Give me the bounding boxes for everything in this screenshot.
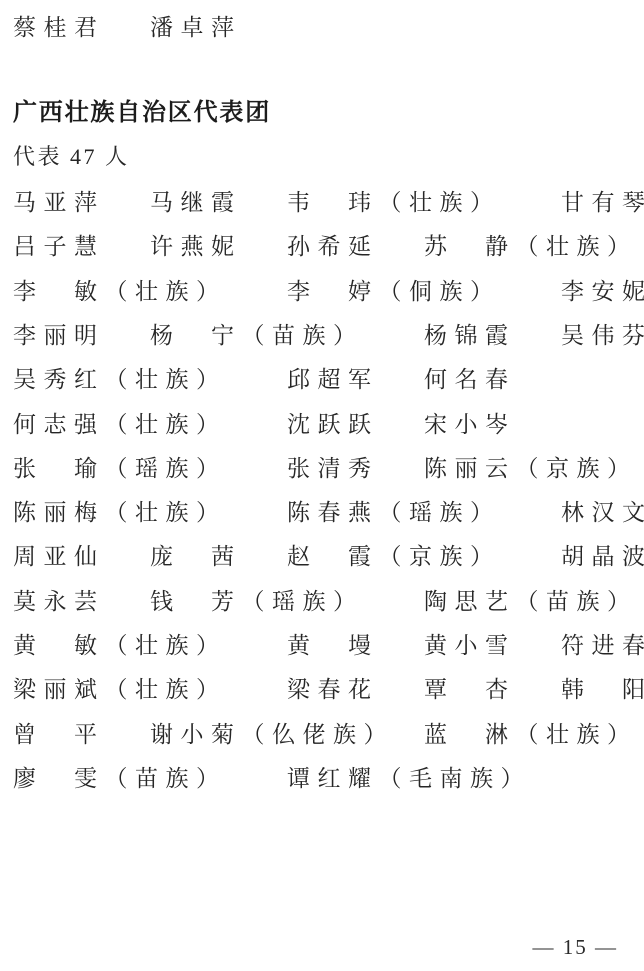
- delegate-name: 赵 霞（京族）: [287, 542, 501, 572]
- delegate-name: 吴伟芬: [561, 321, 644, 351]
- delegate-name: 覃 杏: [424, 675, 516, 705]
- delegate-name: 蔡桂君: [13, 13, 105, 43]
- delegate-name: 韩 阳: [561, 675, 644, 705]
- delegate-name: 韦 玮（壮族）: [287, 188, 501, 218]
- delegate-name: 陈丽云（京族）: [424, 454, 638, 484]
- delegate-list-row: 马亚萍马继霞韦 玮（壮族）甘有琴: [0, 188, 644, 220]
- delegate-name: 李丽明: [13, 321, 105, 351]
- delegate-name: 胡晶波: [561, 542, 644, 572]
- delegate-name: 周亚仙: [13, 542, 105, 572]
- delegate-list-row: 李丽明杨 宁（苗族）杨锦霞吴伟芬: [0, 321, 644, 353]
- delegate-name: 黄小雪: [424, 631, 516, 661]
- delegate-name: 曾 平: [13, 720, 105, 750]
- delegate-list-row: 莫永芸钱 芳（瑶族）陶思艺（苗族）: [0, 587, 644, 619]
- delegate-name: 何志强（壮族）: [13, 410, 227, 440]
- delegate-name: 钱 芳（瑶族）: [150, 587, 364, 617]
- delegate-list-row: 周亚仙庞 茜赵 霞（京族）胡晶波: [0, 542, 644, 574]
- delegate-name: 黄 墁: [287, 631, 379, 661]
- delegate-name: 林汉文: [561, 498, 644, 528]
- continuation-names-row: 蔡桂君潘卓萍: [0, 13, 644, 45]
- delegate-name: 李安妮: [561, 277, 644, 307]
- delegate-name: 许燕妮: [150, 232, 242, 262]
- delegate-name: 梁春花: [287, 675, 379, 705]
- delegate-list-row: 陈丽梅（壮族）陈春燕（瑶族）林汉文: [0, 498, 644, 530]
- delegate-name: 马继霞: [150, 188, 242, 218]
- delegate-name: 吕子慧: [13, 232, 105, 262]
- delegate-name: 孙希延: [287, 232, 379, 262]
- delegate-list-row: 吕子慧许燕妮孙希延苏 静（壮族）: [0, 232, 644, 264]
- delegate-name: 潘卓萍: [150, 13, 242, 43]
- delegate-name: 陶思艺（苗族）: [424, 587, 638, 617]
- delegate-name: 李 敏（壮族）: [13, 277, 227, 307]
- delegate-name: 何名春: [424, 365, 516, 395]
- delegate-name: 符进春: [561, 631, 644, 661]
- delegate-name: 梁丽斌（壮族）: [13, 675, 227, 705]
- delegate-list-row: 吴秀红（壮族）邱超军何名春: [0, 365, 644, 397]
- delegate-name: 吴秀红（壮族）: [13, 365, 227, 395]
- delegate-name: 宋小岑: [424, 410, 516, 440]
- delegate-name: 谢小菊（仫佬族）: [150, 720, 394, 750]
- delegate-name: 庞 茜: [150, 542, 242, 572]
- delegate-name: 张清秀: [287, 454, 379, 484]
- delegate-list-row: 廖 雯（苗族）谭红耀（毛南族）: [0, 764, 644, 796]
- delegation-heading: 广西壮族自治区代表团: [13, 97, 271, 128]
- delegate-name: 蓝 淋（壮族）: [424, 720, 638, 750]
- delegate-name: 李 婷（侗族）: [287, 277, 501, 307]
- delegate-list-row: 曾 平谢小菊（仫佬族）蓝 淋（壮族）: [0, 720, 644, 752]
- delegate-name: 谭红耀（毛南族）: [287, 764, 531, 794]
- delegate-name: 黄 敏（壮族）: [13, 631, 227, 661]
- delegate-name: 邱超军: [287, 365, 379, 395]
- delegate-list-row: 李 敏（壮族）李 婷（侗族）李安妮: [0, 277, 644, 309]
- delegate-name: 莫永芸: [13, 587, 105, 617]
- delegate-list-row: 黄 敏（壮族）黄 墁黄小雪符进春: [0, 631, 644, 663]
- delegate-list-row: 张 瑜（瑶族）张清秀陈丽云（京族）: [0, 454, 644, 486]
- delegate-name: 廖 雯（苗族）: [13, 764, 227, 794]
- delegate-name: 陈丽梅（壮族）: [13, 498, 227, 528]
- delegate-list-row: 梁丽斌（壮族）梁春花覃 杏韩 阳: [0, 675, 644, 707]
- delegate-name: 马亚萍: [13, 188, 105, 218]
- delegate-name: 杨 宁（苗族）: [150, 321, 364, 351]
- page-number: — 15 —: [533, 934, 619, 960]
- delegate-name: 甘有琴: [561, 188, 644, 218]
- delegate-name: 张 瑜（瑶族）: [13, 454, 227, 484]
- delegate-name: 沈跃跃: [287, 410, 379, 440]
- delegate-name: 苏 静（壮族）: [424, 232, 638, 262]
- delegate-count-label: 代表 47 人: [13, 142, 130, 171]
- delegate-list-row: 何志强（壮族）沈跃跃宋小岑: [0, 410, 644, 442]
- delegate-name: 杨锦霞: [424, 321, 516, 351]
- delegate-name: 陈春燕（瑶族）: [287, 498, 501, 528]
- document-page: 蔡桂君潘卓萍 广西壮族自治区代表团 代表 47 人 马亚萍马继霞韦 玮（壮族）甘…: [0, 0, 644, 971]
